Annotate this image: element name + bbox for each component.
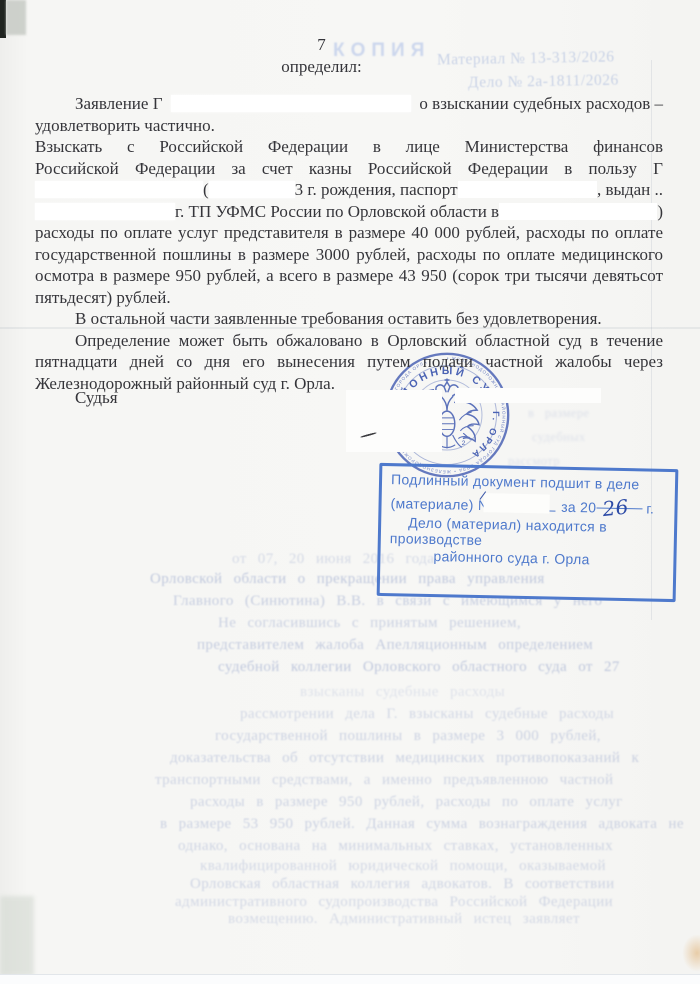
judge-label: Судья [75,388,118,408]
bleed-through-line: судебных [532,430,586,445]
svg-text:Г. ОРЛА: Г. ОРЛА [469,411,501,461]
ruling-heading: определил: [35,56,663,78]
bleed-through-line: в размере [528,406,589,421]
ruling-line: Взыскать с Российской Федерации в лице М… [35,136,663,158]
scan-artifact-corner-shadow [6,0,26,35]
scan-artifact-bottom-edge [0,974,700,984]
ruling-line-redacted: ( 3 г. рождения, паспорт , выдан .. [35,179,663,201]
bleed-through-line: рассмотрении дела Г. взысканы судебные р… [240,706,614,723]
paragraph-claim: Заявление Г о взыскании судебных расходо… [35,93,663,115]
text-fragment: г. ТП УФМС России по Орловской области в [175,201,499,223]
claim-lead: Заявление Г [75,93,163,115]
bleed-through-line: возмещению. Административный истец заявл… [228,911,580,928]
filing-stamp: Подлинный документ подшит в деле (матери… [377,463,679,602]
redaction-box [171,95,412,112]
redaction-box [499,203,657,220]
paragraph-remainder: В остальной части заявленные требования … [35,308,663,330]
bleed-through-line: транспортными средствами, а именно предъ… [155,772,613,789]
redaction-box [209,181,295,198]
bleed-through-line: взысканы судебные расходы [300,684,505,701]
stamp-blank-year: 26 [596,493,642,509]
redaction-box [35,181,203,198]
ruling-text-block: 7 определил: Заявление Г о взыскании суд… [35,34,663,394]
seal-center-mark: 2 [462,440,466,447]
bleed-through-line: расходы в размере 950 рублей, расходы по… [190,794,623,811]
text-fragment: ) [657,201,663,223]
paragraph-appeal: Определение может быть обжаловано в Орло… [35,330,663,395]
redaction-box [35,203,175,220]
paragraph-claim-cont: удовлетворить частично. [35,115,663,137]
bleed-through-line: представителем жалоба Апелляционным опре… [197,637,593,654]
redaction-box [346,390,442,452]
ruling-line-redacted: г. ТП УФМС России по Орловской области в… [35,201,663,223]
stamp-label: за 20 [561,499,596,516]
scan-artifact-stain [682,934,700,972]
bleed-through-line: Орловская областная коллегия адвокатов. … [190,876,615,893]
bleed-through-line: квалифицированной юридической помощи, ок… [200,858,606,875]
stamp-label: (материале) № [390,495,493,513]
scan-artifact-left-edge [0,896,34,976]
bleed-through-line: доказательства об отсутствии медицинских… [170,750,639,767]
redaction-box [458,181,598,198]
stamp-label: г. [646,500,654,516]
bleed-through-line: в размере 53 950 рублей. Данная сумма во… [160,816,684,833]
paragraph-costs: расходы по оплате услуг представителя в … [35,222,663,308]
seal-arc-right-text: Г. ОРЛА [469,411,501,461]
handwritten-year: 26 [601,495,629,522]
claim-tail: о взыскании судебных расходов – [419,93,663,115]
bleed-through-line: однако, основана на минимальных ставках,… [178,838,613,855]
bleed-through-line: Не согласившись с принятым решением, [218,615,521,632]
bleed-through-line: судебной коллегии Орловского областного … [218,659,620,676]
text-fragment: , выдан .. [597,179,663,201]
bleed-through-line: административного судопроизводства Росси… [175,894,613,911]
ruling-line: Российской Федерации за счет казны Росси… [35,158,663,180]
redaction-box [483,493,549,513]
text-fragment: 3 г. рождения, паспорт [295,179,458,201]
document-page: КОПИЯ Материал № 13-313/2026 Дело № 2а-1… [0,0,700,984]
page-number: 7 [35,34,663,56]
bleed-through-line: государственной пошлины в размере 3 000 … [215,728,601,745]
